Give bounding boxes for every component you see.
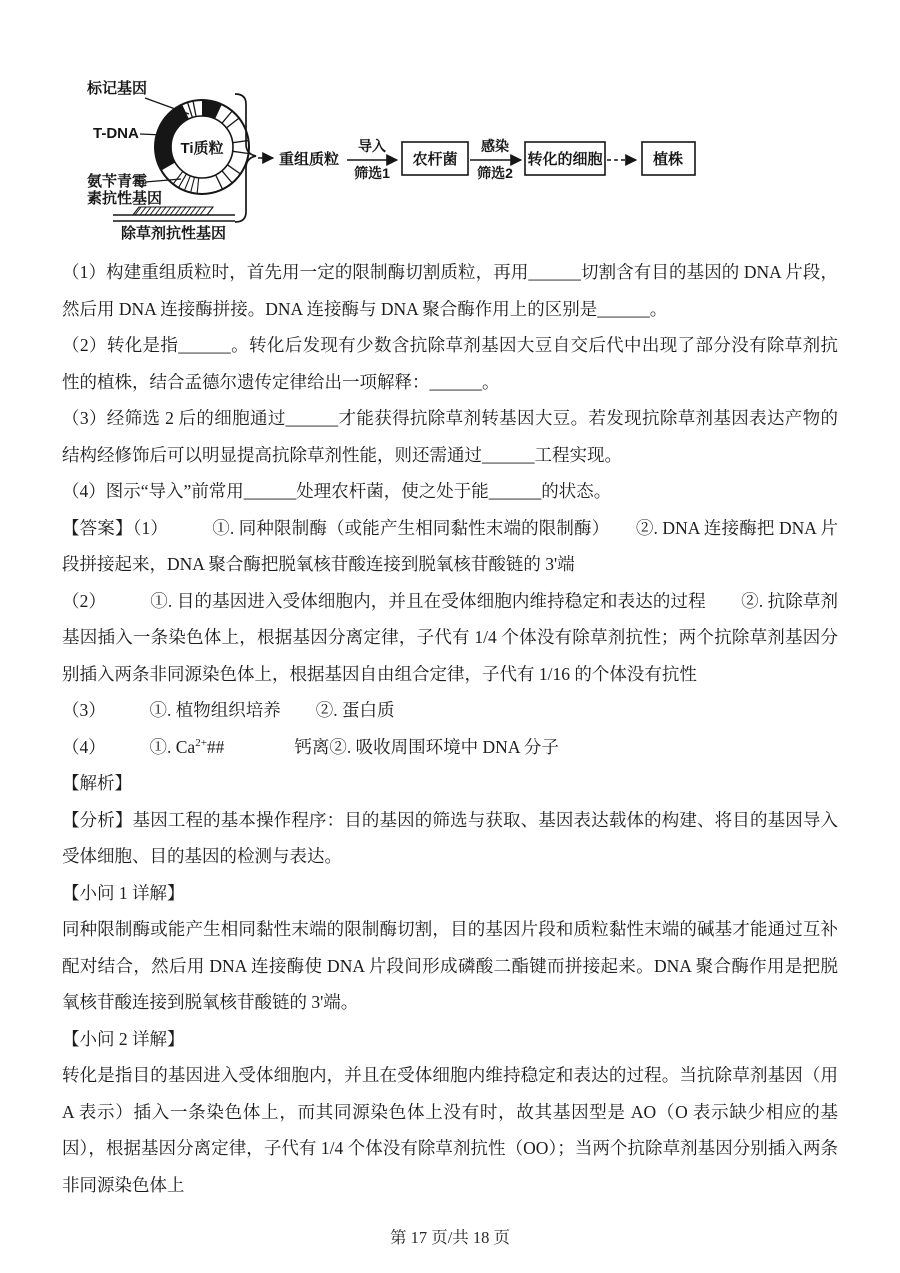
question-1: （1）构建重组质粒时，首先用一定的限制酶切割质粒，再用______切割含有目的基… [62,254,838,327]
marker-gene-label: 标记基因 [86,79,147,97]
subquestion-2-explanation: 转化是指目的基因进入受体细胞内，并且在受体细胞内维持稳定和表达的过程。当抗除草剂… [62,1057,838,1203]
answer4-rest: ## 钙离②. 吸收周围环境中 DNA 分子 [207,737,559,757]
page-footer: 第 17 页/共 18 页 [0,1224,900,1248]
question-3: （3）经筛选 2 后的细胞通过______才能获得抗除草剂转基因大豆。若发现抗除… [62,400,838,473]
infect-step-label: 感染 [481,138,509,154]
transformed-cells-box-label: 转化的细胞 [527,150,602,168]
answer4-superscript: 2+ [195,737,207,749]
herbicide-gene-label: 除草剂抗性基因 [121,224,226,242]
analysis-header: 【解析】 [62,765,838,802]
answer-part-2: （2） ①. 目的基因进入受体细胞内，并且在受体细胞内维持稳定和表达的过程 ②.… [62,583,838,693]
subquestion-2-title: 【小问 2 详解】 [62,1021,838,1058]
answer-part-3: （3） ①. 植物组织培养 ②. 蛋白质 [62,692,838,729]
question-4: （4）图示“导入”前常用______处理农杆菌，使之处于能______的状态。 [62,473,838,510]
recombinant-plasmid-label: 重组质粒 [279,150,339,168]
question-2: （2）转化是指______。转化后发现有少数含抗除草剂基因大豆自交后代中出现了部… [62,327,838,400]
answer-part-1: 【答案】（1） ①. 同种限制酶（或能产生相同黏性末端的限制酶） ②. DNA … [62,510,838,583]
import-step-label: 导入 [358,138,386,154]
document-body: （1）构建重组质粒时，首先用一定的限制酶切割质粒，再用______切割含有目的基… [62,254,838,1203]
subquestion-1-title: 【小问 1 详解】 [62,875,838,912]
screen2-label: 筛选2 [477,165,513,181]
herbicide-gene-construct [113,207,235,221]
analysis-summary: 【分析】基因工程的基本操作程序：目的基因的筛选与获取、基因表达载体的构建、将目的… [62,802,838,875]
answer4-prefix: （4） ①. Ca [62,737,195,757]
plant-box-label: 植株 [653,150,683,168]
flow-chart: 重组质粒 导入 筛选1 农杆菌 感染 筛选2 转化的细胞 植株 [258,138,695,181]
ampicillin-label-line2: 素抗性基因 [87,189,162,207]
t-dna-label: T-DNA [93,125,139,142]
agrobacterium-box-label: 农杆菌 [412,150,457,168]
ampicillin-label-line1: 氨苄青霉 [87,172,147,190]
screen1-label: 筛选1 [354,165,390,181]
gene-engineering-flow-diagram: Ti质粒 标记基因 T-DNA 氨苄青霉 素抗性基因 [85,72,855,257]
ti-plasmid-label: Ti质粒 [180,139,223,157]
subquestion-1-explanation: 同种限制酶或能产生相同黏性末端的限制酶切割，目的基因片段和质粒黏性末端的碱基才能… [62,911,838,1021]
answer-part-4: （4） ①. Ca2+## 钙离②. 吸收周围环境中 DNA 分子 [62,729,838,766]
